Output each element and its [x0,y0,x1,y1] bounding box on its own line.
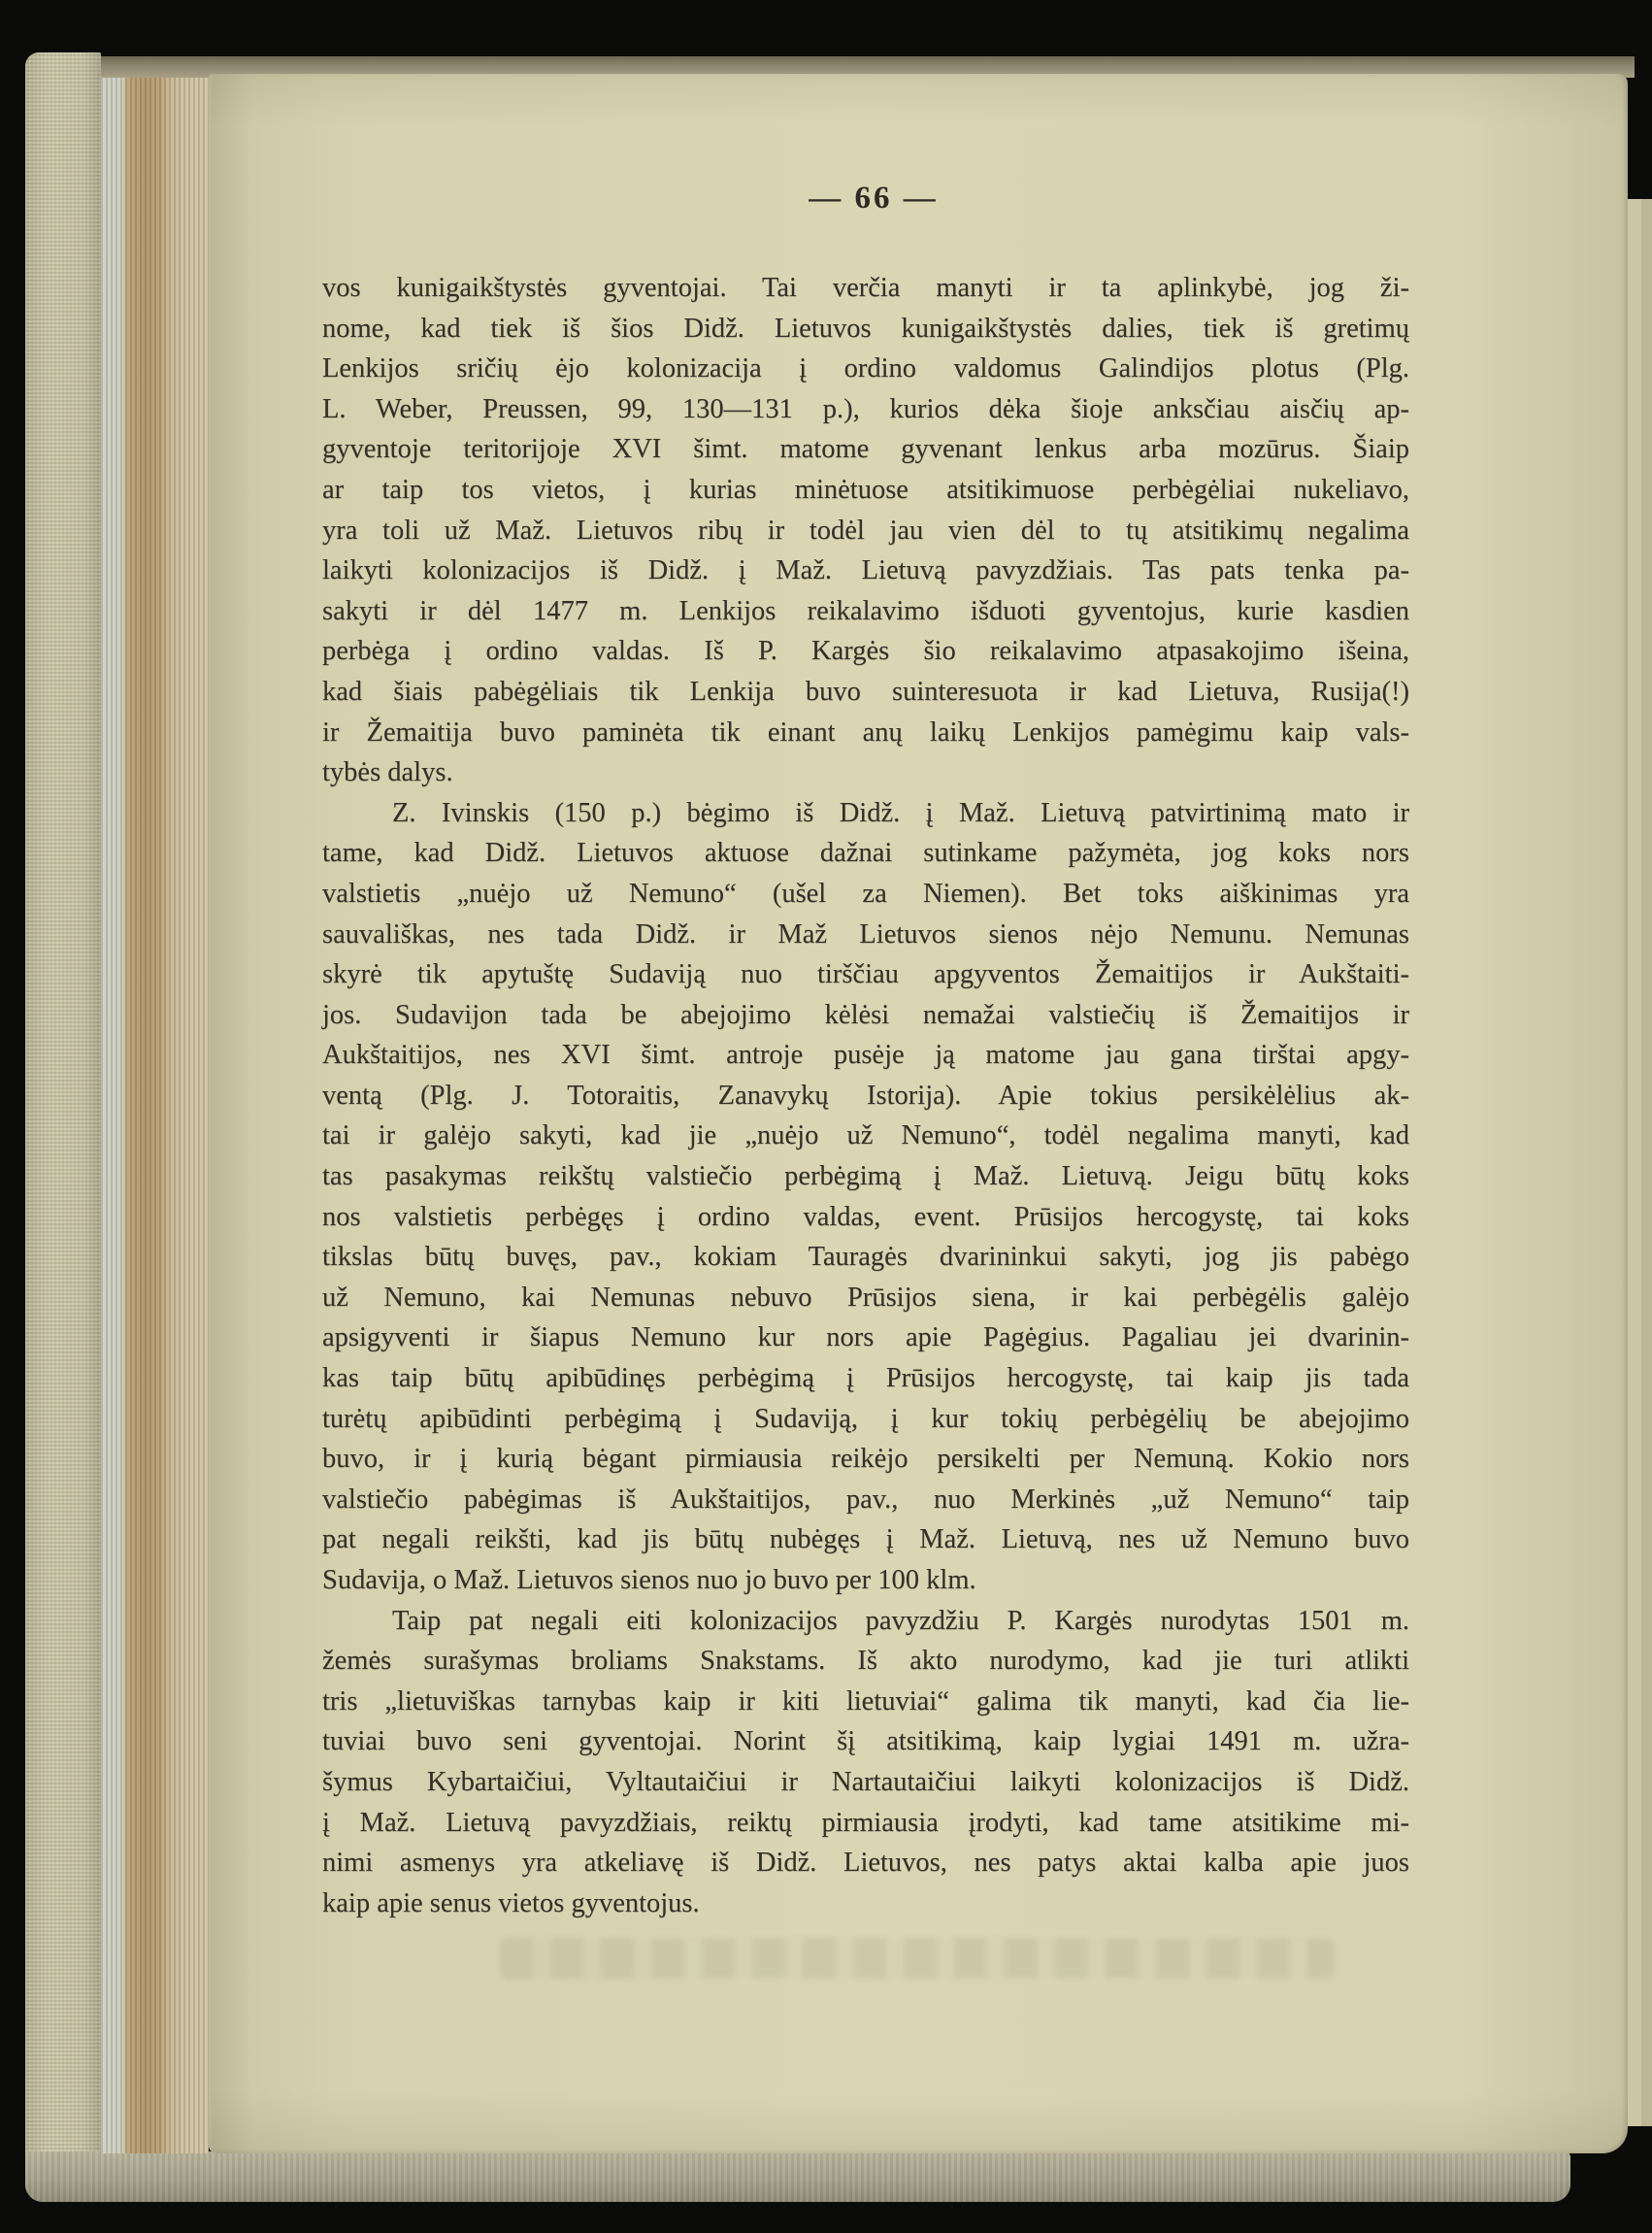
text-line: ventą (Plg. J. Totoraitis, Zanavykų Isto… [322,1076,1409,1116]
book-cover-bottom-edge [25,2151,1570,2202]
text-line: L. Weber, Preussen, 99, 130—131 p.), kur… [322,389,1409,430]
text-line: kaip apie senus vietos gyventojus. [322,1883,1409,1924]
text-line: Lenkijos sričių ėjo kolonizacija į ordin… [322,349,1409,389]
text-line: Z. Ivinskis (150 p.) bėgimo iš Didž. į M… [322,793,1409,834]
page-number: — 66 — [164,181,1583,217]
text-line: ar taip tos vietos, į kurias minėtuose a… [322,470,1409,511]
text-line: ir Žemaitija buvo paminėta tik einant an… [322,713,1409,753]
text-line: apsigyventi ir šiapus Nemuno kur nors ap… [322,1317,1409,1358]
text-line: vos kunigaikštystės gyventojai. Tai verč… [322,268,1409,309]
text-line: gyventoje teritorijoje XVI šimt. matome … [322,429,1409,470]
text-line: žemės surašymas broliams Snakstams. Iš a… [322,1641,1409,1682]
text-line: pat negali reikšti, kad jis būtų nubėgęs… [322,1519,1409,1560]
text-line: tris „lietuviškas tarnybas kaip ir kiti … [322,1682,1409,1722]
text-line: Taip pat negali eiti kolonizacijos pavyz… [322,1601,1409,1642]
text-line: buvo, ir į kurią bėgant pirmiausia reikė… [322,1439,1409,1480]
text-line: tas pasakymas reikštų valstiečio perbėgi… [322,1156,1409,1197]
book-page: — 66 — vos kunigaikštystės gyventojai. T… [209,74,1628,2153]
text-line: sauvališkas, nes tada Didž. ir Maž Lietu… [322,915,1409,955]
text-line: nome, kad tiek iš šios Didž. Lietuvos ku… [322,309,1409,350]
page-fore-edge-right [1625,199,1652,2126]
text-line: kas taip būtų apibūdinęs perbėgimą į Prū… [322,1358,1409,1399]
paragraph: Taip pat negali eiti kolonizacijos pavyz… [322,1601,1409,1924]
book-photo: — 66 — vos kunigaikštystės gyventojai. T… [0,0,1652,2233]
paragraph: Z. Ivinskis (150 p.) bėgimo iš Didž. į M… [322,793,1409,1601]
text-line: tai ir galėjo sakyti, kad jie „nuėjo už … [322,1116,1409,1156]
text-line: tybės dalys. [322,752,1409,793]
text-line: valstietis „nuėjo už Nemuno“ (ušel za Ni… [322,874,1409,915]
ink-show-through [500,1938,1335,1979]
text-line: į Maž. Lietuvą pavyzdžiais, reiktų pirmi… [322,1803,1409,1844]
text-line: už Nemuno, kai Nemunas nebuvo Prūsijos s… [322,1278,1409,1318]
paragraph: vos kunigaikštystės gyventojai. Tai verč… [322,268,1409,793]
text-line: tuviai buvo seni gyventojai. Norint šį a… [322,1721,1409,1762]
text-line: Sudavija, o Maž. Lietuvos sienos nuo jo … [322,1560,1409,1601]
text-block: vos kunigaikštystės gyventojai. Tai verč… [322,268,1409,1923]
text-line: sakyti ir dėl 1477 m. Lenkijos reikalavi… [322,591,1409,632]
text-line: Aukštaitijos, nes XVI šimt. antroje pusė… [322,1035,1409,1076]
text-line: perbėga į ordino valdas. Iš P. Kargės ši… [322,631,1409,672]
text-line: valstiečio pabėgimas iš Aukštaitijos, pa… [322,1480,1409,1520]
text-line: tame, kad Didž. Lietuvos aktuose dažnai … [322,833,1409,874]
page-fore-edges-left [101,60,209,2153]
text-line: kad šiais pabėgėliais tik Lenkija buvo s… [322,672,1409,713]
text-line: nos valstietis perbėgęs į ordino valdas,… [322,1197,1409,1238]
text-line: nimi asmenys yra atkeliavę iš Didž. Liet… [322,1843,1409,1883]
text-line: tikslas būtų buvęs, pav., kokiam Tauragė… [322,1237,1409,1278]
text-line: turėtų apibūdinti perbėgimą į Sudaviją, … [322,1399,1409,1440]
text-line: jos. Sudavijon tada be abejojimo kėlėsi … [322,995,1409,1036]
text-line: laikyti kolonizacijos iš Didž. į Maž. Li… [322,550,1409,591]
text-line: skyrė tik apytuštę Sudaviją nuo tirščiau… [322,954,1409,995]
text-line: šymus Kybartaičiui, Vyltautaičiui ir Nar… [322,1762,1409,1803]
book-cover-left-edge [25,52,101,2202]
text-line: yra toli už Maž. Lietuvos ribų ir todėl … [322,511,1409,551]
